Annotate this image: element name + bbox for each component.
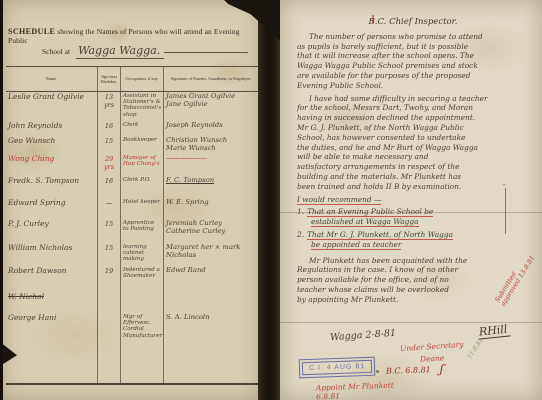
schedule-title: SCHEDULE showing the Names of Persons wh… <box>8 27 256 45</box>
inspector-signature: RHill <box>477 322 511 339</box>
empty-cell <box>164 340 258 383</box>
minute-line: been trained and holds II B by examinati… <box>297 182 529 192</box>
name-cell: Geo Wunsch <box>6 136 98 154</box>
empty-cell <box>98 340 121 383</box>
age-cell: 29 yrs <box>98 154 121 176</box>
paraph-flourish: ʃ <box>439 362 444 376</box>
recommendation-number: 1. <box>297 207 304 216</box>
minute-line: School, has however consented to underta… <box>297 133 529 143</box>
minute-line: teacher whose claims will be overlooked <box>297 285 529 295</box>
book-binding-gutter <box>258 0 281 400</box>
dateline: Wagga 2-8-81 <box>330 328 397 344</box>
table-row: William Nicholas 15 learning cabinet mak… <box>6 243 258 266</box>
ruled-line <box>164 52 248 53</box>
name-cell: Wong Ching <box>6 154 98 176</box>
minute-line: that it will increase after the school o… <box>297 51 529 61</box>
minute-line: will be able to make necessary and <box>297 152 529 162</box>
recommendation-text: established at Wagga Wagga <box>311 217 419 227</box>
occupation-cell: Mgr of Effervesc. Cordial Manufacturer <box>121 313 164 340</box>
age-cell <box>98 313 121 340</box>
photo-edge-left <box>0 0 3 400</box>
minute-line: Mr G. J. Plunkett, of the North Wagga Pu… <box>297 123 529 133</box>
age-cell: 16 <box>98 121 121 136</box>
minute-line: for the school, Messrs Dart, Twohy, and … <box>297 103 529 113</box>
occupation-cell: Manager of Hop Chong's <box>121 154 164 176</box>
name-cell: John Reynolds <box>6 121 98 136</box>
table-row: Fredk. S. Tompson 16 Clerk P.O. F. C. To… <box>6 176 258 198</box>
age-cell: — <box>98 198 121 219</box>
green-annotation: 11.8.81 <box>466 337 485 360</box>
table-row: W. Nichol <box>6 292 258 313</box>
header-occupation: Occupation, if any. <box>121 67 164 91</box>
table-row: Leslie Grant Ogilvie 13 yrs Assistant in… <box>6 92 258 121</box>
name-cell: William Nicholas <box>6 243 98 266</box>
minute-addressee: B.C. Chief Inspector. <box>297 18 529 28</box>
table-empty-space <box>6 340 258 383</box>
occupation-cell: learning cabinet making <box>121 243 164 266</box>
signature-cell: Jeremiah Curley Catherine Curley <box>164 219 258 243</box>
minute-line: satisfactory arrangements in respect of … <box>297 162 529 172</box>
empty-cell <box>6 340 98 383</box>
minute-line: as pupils is barely sufficient, but it i… <box>297 42 529 52</box>
recommendation-text: That an Evening Public School be <box>307 207 433 217</box>
schedule-subtitle: School at Wagga Wagga. <box>42 44 254 59</box>
minute-line: Mr Plunkett has been acquainted with the <box>297 256 529 266</box>
name-cell: Robert Dawson <box>6 266 98 292</box>
occupation-cell: Clerk <box>121 121 164 136</box>
age-cell: 16 <box>98 176 121 198</box>
schedule-table: Name. Age next Birthday. Occupation, if … <box>6 66 258 385</box>
right-page: B.C. Chief Inspector. The number of pers… <box>280 0 542 400</box>
table-header-row: Name. Age next Birthday. Occupation, if … <box>6 67 258 92</box>
minute-line: building and the materials. Mr Plunkett … <box>297 172 529 182</box>
table-row: P. J. Curley 15 Apprentice to Painting J… <box>6 219 258 243</box>
occupation-cell <box>121 292 164 313</box>
left-page: SCHEDULE showing the Names of Persons wh… <box>2 0 260 400</box>
occupation-cell: Clerk P.O. <box>121 176 164 198</box>
recommendation-item: 2.That Mr G. J. Plunkett, of North Wagga… <box>297 230 529 250</box>
age-cell: 15 <box>98 219 121 243</box>
appoint-note-text: Appoint Mr Plunkett <box>316 381 394 393</box>
ink-dot <box>376 370 379 373</box>
minute-paragraph: The number of persons who promise to att… <box>297 32 529 91</box>
name-cell: Edward Spring <box>6 198 98 219</box>
occupation-cell: Indentured a Shoemaker <box>121 266 164 292</box>
signature-cell <box>164 292 258 313</box>
minute-line: the duties, and he and Mr Burt of Wagga … <box>297 143 529 153</box>
age-cell: 15 <box>98 136 121 154</box>
subtitle-handwritten-place: Wagga Wagga. <box>76 44 164 59</box>
recommendation-number: 2. <box>297 230 304 239</box>
minute-line: person available for the office, and of … <box>297 275 529 285</box>
table-row: George Hani Mgr of Effervesc. Cordial Ma… <box>6 313 258 340</box>
appoint-note-date: 6.8.81 <box>316 392 340 400</box>
header-name: Name. <box>6 67 98 91</box>
minute-line: Wagga Wagga Public School premises and s… <box>297 61 529 71</box>
recommendation-text: That Mr G. J. Plunkett, of North Wagga <box>307 230 453 240</box>
occupation-cell: Apprentice to Painting <box>121 219 164 243</box>
minute-line: Evening Public School. <box>297 81 529 91</box>
recommendation-text: be appointed as teacher <box>311 240 401 250</box>
table-row: Geo Wunsch 15 Bookkeeper Christian Wunsc… <box>6 136 258 154</box>
signature-cell: Edwd Rand <box>164 266 258 292</box>
table-row: Edward Spring — Hotel keeper W. E. Sprin… <box>6 198 258 219</box>
minute-line: are available for the purposes of the pr… <box>297 71 529 81</box>
signature-cell: S. A. Lincoln <box>164 313 258 340</box>
minute-line: I have had some difficulty in securing a… <box>297 94 529 104</box>
table-row: Robert Dawson 19 Indentured a Shoemaker … <box>6 266 258 292</box>
recommendation-item: 1.That an Evening Public School be estab… <box>297 207 529 227</box>
name-cell: Fredk. S. Tompson <box>6 176 98 198</box>
name-cell: Leslie Grant Ogilvie <box>6 92 98 121</box>
scanned-register-photo: SCHEDULE showing the Names of Persons wh… <box>0 0 542 400</box>
recommendation-label: I would recommend — <box>297 195 381 205</box>
name-cell-struck-through: W. Nichol <box>6 292 98 313</box>
red-margin-line <box>505 188 506 234</box>
table-row-red-ink: Wong Ching 29 yrs Manager of Hop Chong's… <box>6 154 258 176</box>
handwritten-minute: B.C. Chief Inspector. The number of pers… <box>297 18 529 308</box>
minute-line: having in succession declined the appoin… <box>297 113 529 123</box>
signature-cell: F. C. Tompson <box>164 176 258 198</box>
signature-cell: —————— <box>164 154 258 176</box>
signature-cell: James Grant Ogilvie Jane Ogilvie <box>164 92 258 121</box>
received-date-stamp: C.I. 4 AUG 81 <box>302 360 373 375</box>
red-annotation: Under Secretary <box>400 340 464 353</box>
minute-line: Regulations in the case. I know of no ot… <box>297 265 529 275</box>
age-cell: 15 <box>98 243 121 266</box>
recommendation-label-line: I would recommend — <box>297 195 529 205</box>
table-row: John Reynolds 16 Clerk Joseph Reynolds <box>6 121 258 136</box>
signature-cell: Joseph Reynolds <box>164 121 258 136</box>
subtitle-printed-label: School at <box>42 47 70 56</box>
empty-cell <box>121 340 164 383</box>
schedule-title-bold: SCHEDULE <box>8 27 55 36</box>
minute-line: The number of persons who promise to att… <box>297 32 529 42</box>
occupation-cell: Hotel keeper <box>121 198 164 219</box>
name-cell: P. J. Curley <box>6 219 98 243</box>
signature-cell: W. E. Spring <box>164 198 258 219</box>
signature-cell: Christian Wunsch Marie Wunsch <box>164 136 258 154</box>
age-cell: 19 <box>98 266 121 292</box>
minute-paragraph: I have had some difficulty in securing a… <box>297 94 529 192</box>
header-signature: Signature of Parents, Guardians, or Empl… <box>164 67 258 91</box>
appoint-note: Appoint Mr Plunkett6.8.81 <box>316 381 395 400</box>
age-cell <box>98 292 121 313</box>
age-cell: 13 yrs <box>98 92 121 121</box>
name-cell: George Hani <box>6 313 98 340</box>
bc-date-note: B.C. 6.8.81 <box>386 365 431 376</box>
signature-cell: Margaret her × mark Nicholas <box>164 243 258 266</box>
occupation-cell: Assistant in Stationer's & Tobacconist's… <box>121 92 164 121</box>
occupation-cell: Bookkeeper <box>121 136 164 154</box>
header-age: Age next Birthday. <box>98 67 121 91</box>
